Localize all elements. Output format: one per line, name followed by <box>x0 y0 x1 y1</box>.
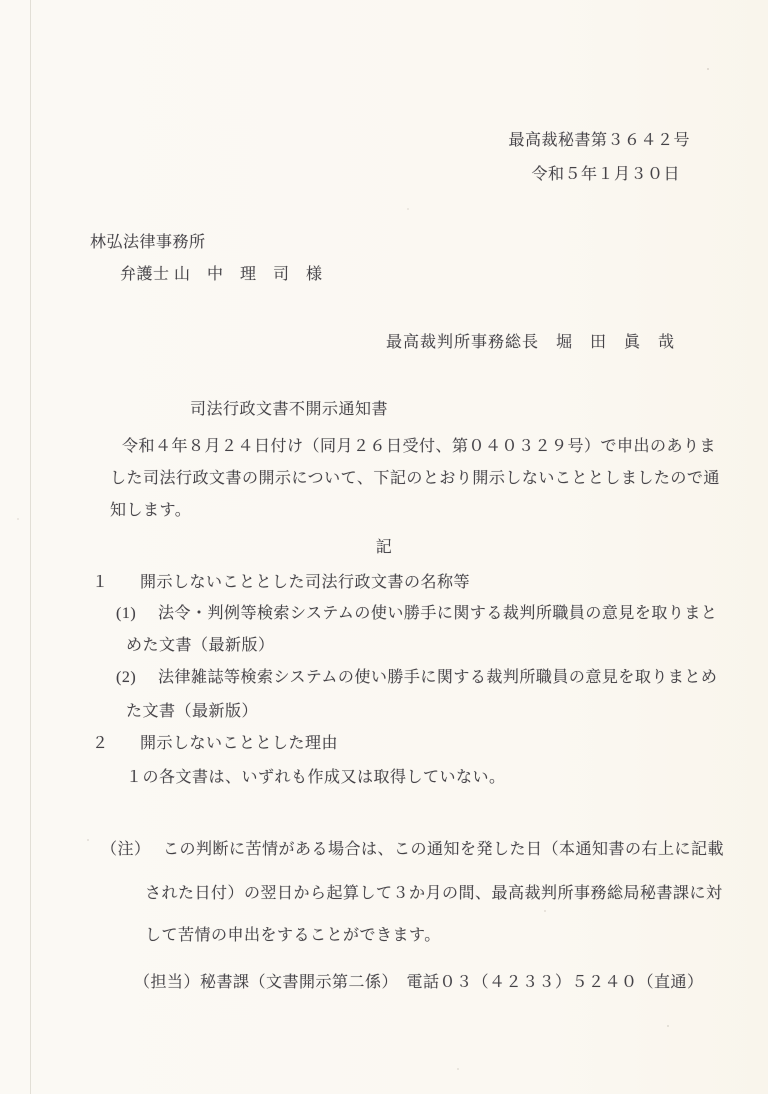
note-marker: （注） <box>101 840 151 860</box>
note-line-2: された日付）の翌日から起算して３か月の間、最高裁判所事務総局秘書課に対 <box>145 884 723 904</box>
subitem-1-line-1: 法令・判例等検索システムの使い勝手に関する裁判所職員の意見を取りまと <box>158 604 717 624</box>
item-2-number: ２ <box>92 734 109 754</box>
body-line-2: した司法行政文書の開示について、下記のとおり開示しないこととしましたので通 <box>110 469 720 489</box>
subitem-2-line-1: 法律雑誌等検索システムの使い勝手に関する裁判所職員の意見を取りまとめ <box>158 668 717 688</box>
body-line-1: 令和４年８月２４日付け（同月２６日受付、第０４０３２９号）で申出のありま <box>122 437 716 457</box>
note-line-1: この判断に苦情がある場合は、この通知を発した日（本通知書の右上に記載 <box>163 840 724 860</box>
document-title: 司法行政文書不開示通知書 <box>190 400 388 420</box>
ki-separator: 記 <box>0 538 768 558</box>
body-line-3: 知します。 <box>110 501 191 521</box>
note-line-3: して苦情の申出をすることができます。 <box>145 926 441 946</box>
subitem-1-line-2: めた文書（最新版） <box>126 636 275 656</box>
scanned-notice-page: 最高裁秘書第３６４２号 令和５年１月３０日 林弘法律事務所 弁護士 山 中 理 … <box>0 0 768 1094</box>
sender-line: 最高裁判所事務総長 堀 田 眞 哉 <box>386 333 675 353</box>
subitem-2-line-2: た文書（最新版） <box>126 702 258 722</box>
item-1-number: １ <box>92 573 109 593</box>
recipient-office: 林弘法律事務所 <box>90 233 206 253</box>
item-1-heading: 開示しないこととした司法行政文書の名称等 <box>140 573 470 593</box>
subitem-2-marker: (2) <box>116 668 136 688</box>
subitem-1-marker: (1) <box>116 604 136 624</box>
document-number: 最高裁秘書第３６４２号 <box>508 131 690 151</box>
item-2-heading: 開示しないこととした理由 <box>140 734 338 754</box>
issue-date: 令和５年１月３０日 <box>531 165 680 185</box>
recipient-name: 弁護士 山 中 理 司 様 <box>120 265 323 285</box>
item-2-reason: １の各文書は、いずれも作成又は取得していない。 <box>126 768 506 788</box>
contact-line: （担当）秘書課（文書開示第二係） 電話０３（４２３３）５２４０（直通） <box>134 973 704 993</box>
scan-speckles <box>707 68 709 70</box>
